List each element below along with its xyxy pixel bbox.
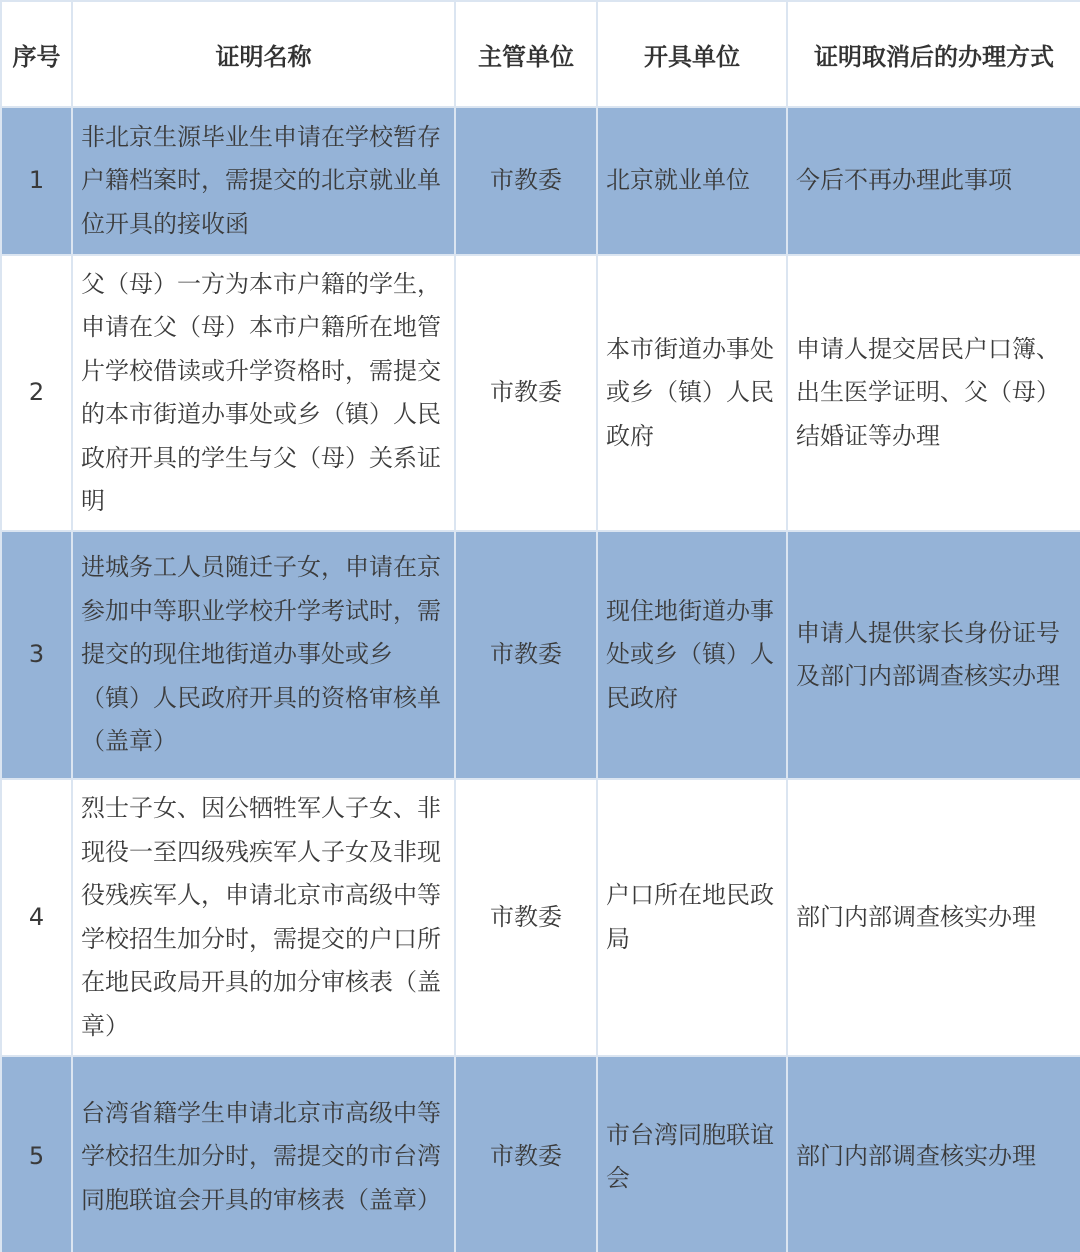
table-row: 3 进城务工人员随迁子女，申请在京参加中等职业学校升学考试时，需提交的现住地街道… — [1, 531, 1080, 779]
table-row: 5 台湾省籍学生申请北京市高级中等学校招生加分时，需提交的市台湾同胞联谊会开具的… — [1, 1056, 1080, 1252]
header-method: 证明取消后的办理方式 — [787, 1, 1080, 107]
cell-department: 市教委 — [455, 107, 597, 255]
cell-index: 2 — [1, 255, 72, 531]
certificate-table: 序号 证明名称 主管单位 开具单位 证明取消后的办理方式 1 非北京生源毕业生申… — [0, 0, 1080, 1252]
cell-method: 部门内部调查核实办理 — [787, 1056, 1080, 1252]
cell-department: 市教委 — [455, 779, 597, 1056]
method-text: 部门内部调查核实办理 — [796, 896, 1078, 940]
header-index: 序号 — [1, 1, 72, 107]
cell-certificate-name: 烈士子女、因公牺牲军人子女、非现役一至四级残疾军人子女及非现役残疾军人，申请北京… — [72, 779, 455, 1056]
certificate-name-text: 父（母）一方为本市户籍的学生，申请在父（母）本市户籍所在地管片学校借读或升学资格… — [81, 263, 448, 524]
issuer-text: 现住地街道办事处或乡（镇）人民政府 — [606, 590, 782, 721]
cell-department: 市教委 — [455, 531, 597, 779]
cell-method: 部门内部调查核实办理 — [787, 779, 1080, 1056]
table-row: 2 父（母）一方为本市户籍的学生，申请在父（母）本市户籍所在地管片学校借读或升学… — [1, 255, 1080, 531]
method-text: 申请人提交居民户口簿、出生医学证明、父（母）结婚证等办理 — [796, 328, 1078, 459]
cell-certificate-name: 父（母）一方为本市户籍的学生，申请在父（母）本市户籍所在地管片学校借读或升学资格… — [72, 255, 455, 531]
cell-method: 申请人提交居民户口簿、出生医学证明、父（母）结婚证等办理 — [787, 255, 1080, 531]
issuer-text: 北京就业单位 — [606, 159, 782, 203]
certificate-name-text: 非北京生源毕业生申请在学校暂存户籍档案时，需提交的北京就业单位开具的接收函 — [81, 116, 448, 247]
header-department: 主管单位 — [455, 1, 597, 107]
cell-issuer: 现住地街道办事处或乡（镇）人民政府 — [597, 531, 787, 779]
cell-index: 5 — [1, 1056, 72, 1252]
cell-certificate-name: 非北京生源毕业生申请在学校暂存户籍档案时，需提交的北京就业单位开具的接收函 — [72, 107, 455, 255]
method-text: 今后不再办理此事项 — [796, 159, 1078, 203]
table-row: 1 非北京生源毕业生申请在学校暂存户籍档案时，需提交的北京就业单位开具的接收函 … — [1, 107, 1080, 255]
issuer-text: 本市街道办事处或乡（镇）人民政府 — [606, 328, 782, 459]
cell-index: 3 — [1, 531, 72, 779]
header-name: 证明名称 — [72, 1, 455, 107]
method-text: 申请人提供家长身份证号及部门内部调查核实办理 — [796, 612, 1078, 699]
cell-issuer: 户口所在地民政局 — [597, 779, 787, 1056]
cell-department: 市教委 — [455, 1056, 597, 1252]
cell-index: 1 — [1, 107, 72, 255]
cell-issuer: 本市街道办事处或乡（镇）人民政府 — [597, 255, 787, 531]
cell-index: 4 — [1, 779, 72, 1056]
cell-method: 今后不再办理此事项 — [787, 107, 1080, 255]
cell-method: 申请人提供家长身份证号及部门内部调查核实办理 — [787, 531, 1080, 779]
cell-certificate-name: 进城务工人员随迁子女，申请在京参加中等职业学校升学考试时，需提交的现住地街道办事… — [72, 531, 455, 779]
table-row: 4 烈士子女、因公牺牲军人子女、非现役一至四级残疾军人子女及非现役残疾军人，申请… — [1, 779, 1080, 1056]
cell-issuer: 市台湾同胞联谊会 — [597, 1056, 787, 1252]
issuer-text: 市台湾同胞联谊会 — [606, 1114, 782, 1201]
issuer-text: 户口所在地民政局 — [606, 874, 782, 961]
certificate-name-text: 进城务工人员随迁子女，申请在京参加中等职业学校升学考试时，需提交的现住地街道办事… — [81, 546, 448, 764]
cell-certificate-name: 台湾省籍学生申请北京市高级中等学校招生加分时，需提交的市台湾同胞联谊会开具的审核… — [72, 1056, 455, 1252]
method-text: 部门内部调查核实办理 — [796, 1135, 1078, 1179]
certificate-name-text: 烈士子女、因公牺牲军人子女、非现役一至四级残疾军人子女及非现役残疾军人，申请北京… — [81, 787, 448, 1048]
cell-department: 市教委 — [455, 255, 597, 531]
cell-issuer: 北京就业单位 — [597, 107, 787, 255]
table-header-row: 序号 证明名称 主管单位 开具单位 证明取消后的办理方式 — [1, 1, 1080, 107]
header-issuer: 开具单位 — [597, 1, 787, 107]
certificate-name-text: 台湾省籍学生申请北京市高级中等学校招生加分时，需提交的市台湾同胞联谊会开具的审核… — [81, 1092, 448, 1223]
